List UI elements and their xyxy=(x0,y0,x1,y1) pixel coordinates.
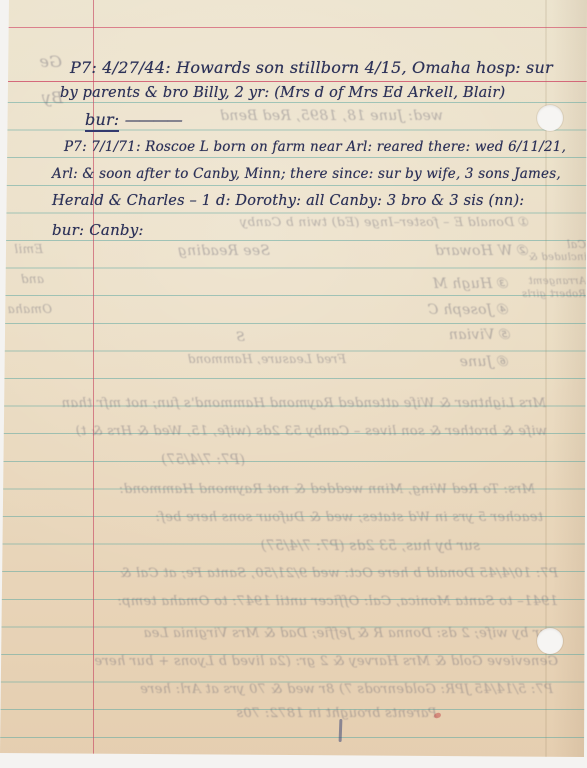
bleedthrough-text: Parents brought in 1872: 70s xyxy=(205,706,437,721)
bleedthrough-text: Emil xyxy=(0,242,43,256)
handwriting-para1-line1: P7: 4/27/44: Howards son stillborn 4/15,… xyxy=(70,58,553,77)
bleedthrough-text: See Reading xyxy=(150,243,270,259)
bleedthrough-text: Ge xyxy=(2,52,62,71)
bleedthrough-text: included & xyxy=(505,252,587,263)
bleedthrough-text: Cal xyxy=(520,238,586,251)
handwriting-long-dash: ———— xyxy=(125,110,181,129)
bleedthrough-text: P7: 10/4/45 Donald b here Oct: wed 9/21/… xyxy=(40,566,558,581)
bleedthrough-text: S xyxy=(215,330,245,345)
notebook-page: GeBywed: June 18, 1895, Red Bend① Donald… xyxy=(0,0,587,768)
bleedthrough-text: ③ Hugh M xyxy=(380,276,510,292)
bleedthrough-text: sur by hus, 53 2ds (P7: 7/4/57) xyxy=(150,538,480,554)
bleedthrough-text: (P7: 7/4/57) xyxy=(85,452,245,468)
bleedthrough-text: ⑥ June xyxy=(395,354,510,370)
bleedthrough-text: and xyxy=(0,272,44,286)
handwriting-para2-line4: bur: Canby: xyxy=(52,221,144,239)
bleedthrough-text: Mrs Lightner & Wife attended Raymond Ham… xyxy=(44,396,546,411)
bleedthrough-text: ⑤ Vivian xyxy=(382,327,512,343)
bleedthrough-text: wed: June 18, 1895, Red Bend xyxy=(168,108,443,124)
handwriting-para1-line2: by parents & bro Billy, 2 yr: (Mrs d of … xyxy=(60,85,505,101)
handwriting-para2-line2: Arl: & soon after to Canby, Minn; there … xyxy=(52,166,561,182)
bleedthrough-text: P7: 5/14/45 JPR: Goldenrods 7) 8r wed & … xyxy=(45,682,553,697)
bleedthrough-text: By xyxy=(8,88,63,107)
handwriting-para2-line1: P7: 7/1/71: Roscoe L born on farm near A… xyxy=(64,139,566,155)
bleedthrough-text: Robert girls xyxy=(498,289,586,300)
handwriting-bur-label: bur: xyxy=(85,110,119,132)
bleedthrough-text: 1941– to Santa Monica, Cal: Officer unti… xyxy=(38,594,558,609)
bleedthrough-text: Fred Leasure, Hammond xyxy=(138,352,346,366)
bleedthrough-text: ① Donald E – foster–Inge (Ed) twin b Can… xyxy=(248,214,530,229)
bleedthrough-text: Genevieve Gold & Mrs Harvey & 2 gr: (2a … xyxy=(38,654,558,669)
bleedthrough-text: wife & brother & son lives – Canby 53 2d… xyxy=(42,424,547,439)
bleedthrough-text: Mrs: To Red Wing, Minn wedded & not Raym… xyxy=(95,482,535,497)
bleedthrough-text: ④ Joseph C xyxy=(378,302,510,318)
handwriting-para2-line3: Herald & Charles – 1 d: Dorothy: all Can… xyxy=(52,193,524,209)
hole-punch-top xyxy=(537,105,563,131)
bleedthrough-text: Omaha xyxy=(0,302,52,316)
hole-punch-bottom xyxy=(537,628,563,654)
bleedthrough-text: teacher 5 yrs in Wd states; wed & Dufour… xyxy=(45,510,543,525)
handwriting-para1-line3: bur: ———— xyxy=(85,110,181,129)
bleedthrough-text: sur by wife; 2 ds: Donna R & Jeffie; Dad… xyxy=(40,626,555,641)
bleedthrough-text: Arrangemt xyxy=(500,276,586,287)
